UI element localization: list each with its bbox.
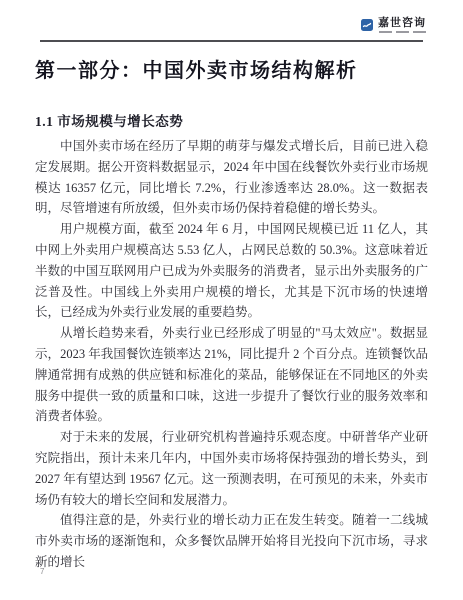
page-number: 7	[40, 567, 44, 576]
logo-tagline-dashes	[378, 31, 426, 33]
logo-company-name: 嘉世咨询	[378, 17, 426, 29]
header-divider	[40, 40, 423, 42]
body-text: 中国外卖市场在经历了早期的萌芽与爆发式增长后，目前已进入稳定发展期。据公开资料数…	[35, 136, 428, 573]
section-heading: 1.1 市场规模与增长态势	[35, 110, 183, 130]
page-title: 第一部分：中国外卖市场结构解析	[35, 57, 430, 85]
logo-icon	[361, 18, 373, 30]
paragraph-1: 中国外卖市场在经历了早期的萌芽与爆发式增长后，目前已进入稳定发展期。据公开资料数…	[35, 136, 428, 219]
paragraph-2: 用户规模方面，截至 2024 年 6 月，中国网民规模已近 11 亿人，其中网上…	[35, 219, 428, 323]
paragraph-4: 对于未来的发展，行业研究机构普遍持乐观态度。中研普华产业研究院指出，预计未来几年…	[35, 427, 428, 510]
company-logo: 嘉世咨询	[361, 17, 426, 33]
logo-text-block: 嘉世咨询	[378, 17, 426, 33]
report-page: 嘉世咨询 第一部分：中国外卖市场结构解析 1.1 市场规模与增长态势 中国外卖市…	[0, 0, 463, 600]
paragraph-3: 从增长趋势来看，外卖行业已经形成了明显的"马太效应"。数据显示，2023 年我国…	[35, 323, 428, 427]
paragraph-5: 值得注意的是，外卖行业的增长动力正在发生转变。随着一二线城市外卖市场的逐渐饱和，…	[35, 510, 428, 572]
